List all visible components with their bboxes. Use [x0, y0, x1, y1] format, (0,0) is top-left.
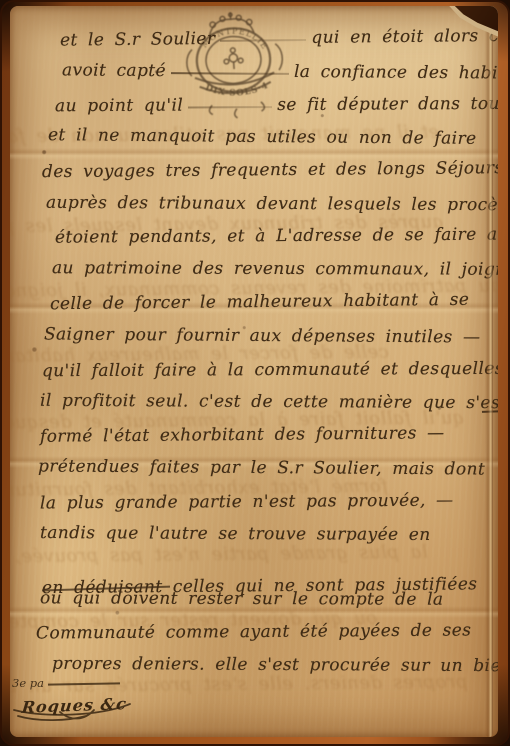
line-text: la confiance des habitans [294, 62, 498, 84]
line-text: au point qu'il [55, 96, 183, 117]
manuscript-line: ou qui doivent rester sur le compte de l… [40, 588, 444, 609]
stamp-gap-stroke [188, 106, 272, 108]
stamp-gap-stroke [220, 39, 306, 42]
bleed-line: la plus grande partie n'est pas prouvée,… [10, 542, 428, 568]
manuscript-photo: et il ne manquoit pas utiles ou non de f… [0, 0, 510, 746]
manuscript-line: prétendues faites par le S.r Soulier, ma… [38, 456, 485, 479]
manuscript-line: il profitoit seul. c'est de cette manièr… [40, 391, 498, 414]
manuscript-line: propres deniers. elle s'est procurée sur… [52, 654, 498, 676]
stamp-gap-stroke [171, 72, 289, 75]
manuscript-line: formé l'état exhorbitant des fournitures… [40, 423, 445, 447]
manuscript-line: auprès des tribunaux devant lesquels les… [46, 193, 498, 215]
manuscript-line: tandis que l'autre se trouve surpayée en [40, 523, 431, 545]
manuscript-line: au patrimoine des revenus communaux, il … [52, 258, 498, 280]
signature-block: 3e pa Roques &c [12, 676, 127, 715]
manuscript-line: la plus grande partie n'est pas prouvée,… [40, 491, 454, 514]
manuscript-line: et il ne manquoit pas utiles ou non de f… [48, 125, 477, 149]
manuscript-line: Saigner pour fournir aux dépenses inutil… [44, 324, 481, 347]
manuscript-line: au point qu'il se fit députer dans tous, [55, 94, 498, 116]
page-mark-dash [48, 683, 120, 686]
manuscript-paper: et il ne manquoit pas utiles ou non de f… [10, 6, 498, 737]
signature-flourish-icon [10, 688, 158, 722]
line-text: se fit députer dans tous, [277, 94, 498, 115]
line-text: et le S.r Soulier [60, 29, 216, 51]
manuscript-line: étoient pendants, et à L'adresse de se f… [55, 224, 498, 247]
line-text: avoit capté [62, 60, 166, 81]
manuscript-line: Communauté comme ayant été payées de ses [36, 620, 472, 643]
page-edge-shadow [485, 6, 493, 737]
manuscript-line: avoit capté la confiance des habitans [62, 60, 498, 83]
line-text: qui en étoit alors consul [311, 25, 498, 47]
manuscript-line: qu'il falloit faire à la communauté et d… [42, 359, 498, 381]
manuscript-line: des voyages tres frequents et des longs … [42, 158, 498, 182]
